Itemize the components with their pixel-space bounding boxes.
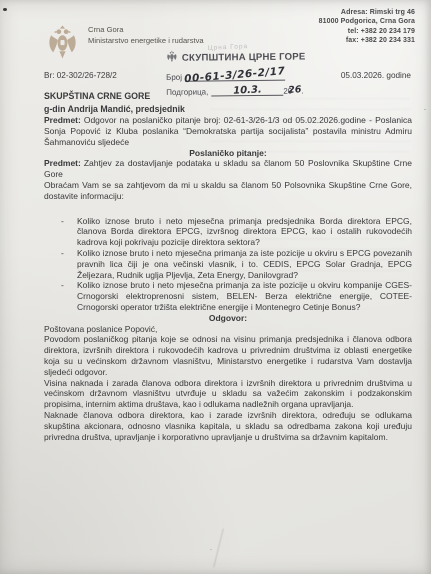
bullet-dash: - bbox=[61, 280, 64, 291]
scanned-letter-page: Adresa: Rimski trg 46 81000 Podgorica, C… bbox=[0, 0, 431, 574]
list-item: -Koliko iznose bruto i neto mjesečna pri… bbox=[44, 216, 412, 248]
subject-request-paragraph: Predmet:Zahtjev za dostavljanje podataka… bbox=[44, 158, 412, 180]
request-intro-paragraph: Obraćam Vam se sa zahtjevom da mi u skal… bbox=[44, 180, 412, 202]
subject-text: Odgovor na poslaničko pitanje broj: 02-6… bbox=[44, 115, 412, 147]
stamp-number-label: Број bbox=[166, 73, 182, 82]
list-item: -Koliko iznose bruto i neto mjesečna pri… bbox=[44, 248, 412, 280]
recipient-org: SKUPŠTINA CRNE GORE bbox=[44, 90, 412, 103]
question-heading: Poslaničko pitanje: bbox=[44, 148, 412, 159]
recipient-person: g-din Andrija Mandić, predsjednik bbox=[44, 103, 412, 116]
subject-answer-paragraph: Predmet:Odgovor na poslaničko pitanje br… bbox=[44, 115, 412, 147]
parliament-receipt-stamp: Црна Гора СКУПШТИНА ЦРНЕ ГОРЕ Број bbox=[166, 41, 345, 97]
answer-paragraph: Visina naknada i zarada članova odbora d… bbox=[44, 378, 412, 410]
stamp-title: СКУПШТИНА ЦРНЕ ГОРЕ bbox=[182, 51, 306, 63]
reference-number: Br: 02-302/26-728/2 bbox=[44, 71, 117, 80]
address-line: 81000 Podgorica, Crna Gora bbox=[319, 17, 415, 26]
letter-date: 05.03.2026. godine bbox=[341, 71, 411, 80]
coat-of-arms-icon bbox=[46, 21, 79, 68]
answer-heading: Odgovor: bbox=[44, 313, 412, 324]
question-item-text: Koliko iznose bruto i neto mjesečna prim… bbox=[77, 280, 412, 312]
letter-body: SKUPŠTINA CRNE GORE g-din Andrija Mandić… bbox=[44, 90, 412, 442]
subject-text: Zahtjev za dostavljanje podataka u sklad… bbox=[44, 158, 412, 179]
answer-paragraph: Povodom poslaničkog pitanja koje se odno… bbox=[44, 334, 412, 377]
question-item-text: Koliko iznose bruto i neto mjesečna prim… bbox=[77, 216, 412, 248]
handwritten-number: 00-61-3/26-2/17 bbox=[184, 65, 286, 85]
list-item: -Koliko iznose bruto i neto mjesečna pri… bbox=[44, 280, 412, 312]
answer-paragraph: Naknade članova odbora direktora, kao i … bbox=[44, 410, 412, 442]
question-item-text: Koliko iznose bruto i neto mjesečna prim… bbox=[77, 248, 412, 280]
stamp-number-row: Број 00-61-3/26-2/17 bbox=[166, 67, 344, 82]
subject-label: Predmet: bbox=[44, 158, 81, 168]
paper-crease bbox=[213, 528, 224, 567]
salutation: Poštovana poslanice Popović, bbox=[44, 324, 412, 335]
question-list: -Koliko iznose bruto i neto mjesečna pri… bbox=[44, 216, 412, 313]
bullet-dash: - bbox=[61, 216, 64, 227]
stamp-eagle-icon bbox=[166, 50, 178, 66]
country-name: Crna Gora bbox=[88, 25, 204, 36]
address-line: Adresa: Rimski trg 46 bbox=[319, 8, 415, 17]
address-line: tel: +382 20 234 179 bbox=[319, 27, 415, 36]
stamp-number-line: 00-61-3/26-2/17 bbox=[185, 68, 285, 82]
scan-speck bbox=[3, 8, 7, 11]
subject-label: Predmet: bbox=[44, 115, 81, 125]
recipient-block: SKUPŠTINA CRNE GORE g-din Andrija Mandić… bbox=[44, 90, 412, 115]
bullet-dash: - bbox=[61, 248, 64, 259]
stamp-title-row: СКУПШТИНА ЦРНЕ ГОРЕ bbox=[166, 48, 344, 66]
